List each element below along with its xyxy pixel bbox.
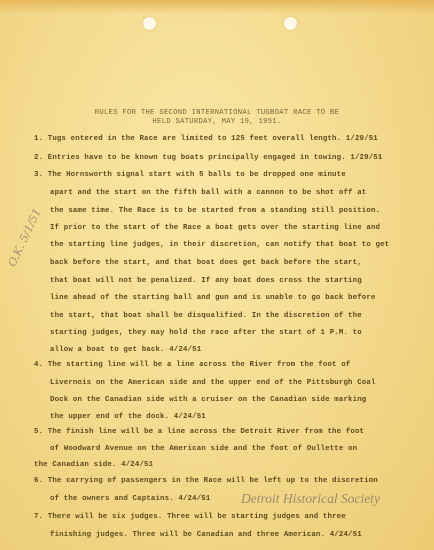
rule-line: the start, that boat shall be disqualifi… (50, 312, 362, 320)
punch-hole-left (143, 17, 156, 30)
rule-line: 1. Tugs entered in the Race are limited … (34, 135, 378, 143)
rule-line: back before the start, and that boat doe… (50, 259, 362, 267)
rule-line: starting judges, they may hold the race … (50, 329, 362, 337)
rule-line: the same time. The Race is to be started… (50, 207, 380, 215)
rule-line: line ahead of the starting ball and gun … (50, 294, 376, 302)
rule-line: 6. The carrying of passengers in the Rac… (34, 477, 378, 485)
rule-line: the upper end of the dock. 4/24/51 (50, 413, 206, 421)
rule-line: of Woodward Avenue on the American side … (50, 445, 357, 453)
rule-line: 3. The Hornsworth signal start with 5 ba… (34, 171, 346, 179)
document-page: RULES FOR THE SECOND INTERNATIONAL TUGBO… (0, 0, 434, 550)
rule-line: 4. The starting line will be a line acro… (34, 361, 350, 369)
paper-edge (0, 0, 434, 14)
rule-line: finishing judges. Three will be Canadian… (50, 531, 362, 539)
rule-line: apart and the start on the fifth ball wi… (50, 189, 366, 197)
rule-line: If prior to the start of the Race a boat… (50, 224, 380, 232)
rule-line: of the owners and Captains. 4/24/51 (50, 495, 210, 503)
watermark: Detroit Historical Society (241, 491, 380, 507)
rule-line: Dock on the Canadian side with a cruiser… (50, 396, 366, 404)
rule-line: that boat will not be penalized. If any … (50, 277, 362, 285)
rule-line: the Canadian side. 4/24/51 (34, 461, 153, 469)
title-line-2: HELD SATURDAY, MAY 19, 1951. (0, 118, 434, 127)
rule-line: 5. The finish line will be a line across… (34, 428, 364, 436)
rule-line: the starting line judges, in their discr… (50, 241, 389, 249)
rule-line: Livernois on the American side and the u… (50, 379, 376, 387)
rule-line: 2. Entries have to be known tug boats pr… (34, 154, 382, 162)
punch-hole-right (284, 17, 297, 30)
rule-line: 7. There will be six judges. Three will … (34, 513, 346, 521)
title-line-1: RULES FOR THE SECOND INTERNATIONAL TUGBO… (0, 109, 434, 118)
rule-line: allow a boat to get back. 4/24/51 (50, 346, 201, 354)
handwritten-annotation: O.K. 5/1/51 (6, 236, 55, 280)
